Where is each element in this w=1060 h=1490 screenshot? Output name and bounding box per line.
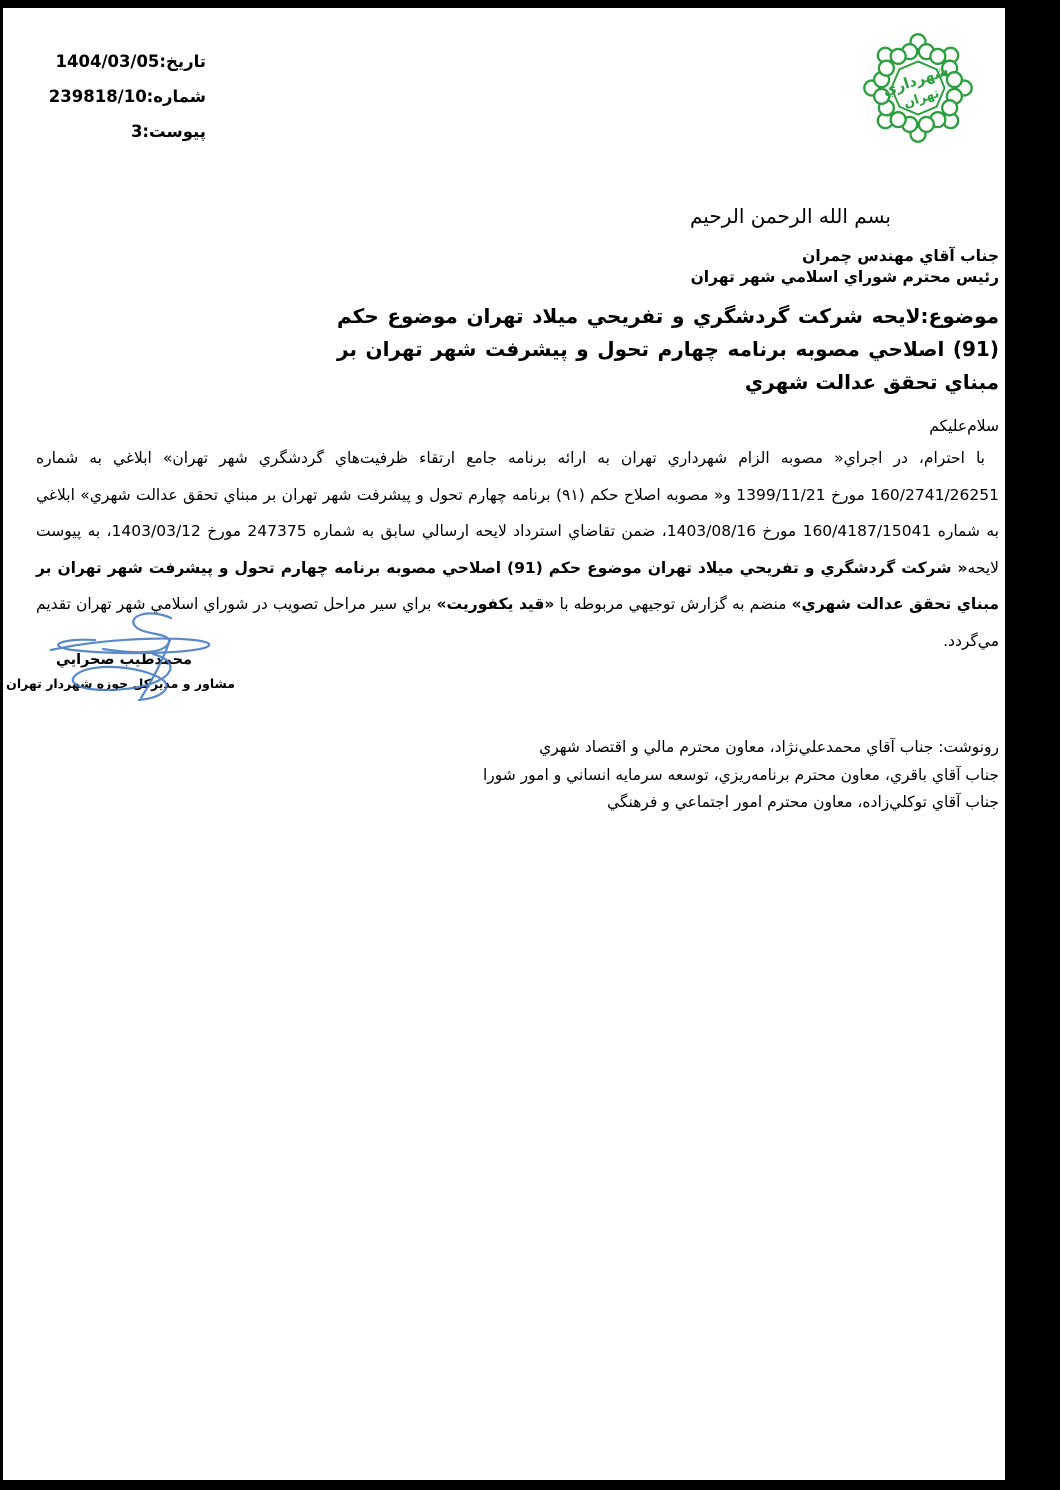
signatory-title: مشاور و مديركل حوزه شهردار تهران <box>13 676 235 691</box>
bismillah: بسم الله الرحمن الرحيم <box>578 204 1003 228</box>
list-line: جناب آقاي مهندس چمران <box>303 246 999 267</box>
letter-meta-block: تاريخ:1404/03/05 شماره:239818/10 پيوست:3 <box>44 44 206 149</box>
subject-text: موضوع:لايحه شركت گردشگري و تفريحي ميلاد … <box>337 300 999 399</box>
tehran-municipality-logo: شهرداري تهران <box>859 28 977 148</box>
date-line: تاريخ:1404/03/05 <box>44 44 206 79</box>
list-line: رونوشت: جناب آقاي محمدعلي‌نژاد، معاون مح… <box>303 734 999 762</box>
recipient-block: جناب آقاي مهندس چمرانرئيس محترم شوراي اس… <box>303 246 999 288</box>
body-segment: با احترام، در اجراي« مصوبه الزام شهرداري… <box>36 449 999 577</box>
body-segment: «قيد يكفوريت» <box>437 595 555 613</box>
body-segment: منضم به گزارش توجيهي مربوطه با <box>554 595 791 613</box>
signatory-name: محمدطيب صحرايي <box>29 652 219 668</box>
number-line: شماره:239818/10 <box>44 79 206 114</box>
logo-rosette-icon: شهرداري تهران <box>859 28 977 148</box>
salutation: سلام‌عليكم <box>929 417 999 435</box>
list-line: جناب آقاي توكلي‌زاده، معاون محترم امور ا… <box>303 789 999 817</box>
attachment-line: پيوست:3 <box>44 114 206 149</box>
cc-list: رونوشت: جناب آقاي محمدعلي‌نژاد، معاون مح… <box>303 734 999 817</box>
body-paragraph: با احترام، در اجراي« مصوبه الزام شهرداري… <box>36 440 999 659</box>
list-line: رئيس محترم شوراي اسلامي شهر تهران <box>303 267 999 288</box>
scanned-letter: تاريخ:1404/03/05 شماره:239818/10 پيوست:3 <box>0 0 1060 1490</box>
list-line: جناب آقاي باقري، معاون محترم برنامه‌ريزي… <box>303 762 999 790</box>
letter-sheet: تاريخ:1404/03/05 شماره:239818/10 پيوست:3 <box>3 8 1005 1480</box>
